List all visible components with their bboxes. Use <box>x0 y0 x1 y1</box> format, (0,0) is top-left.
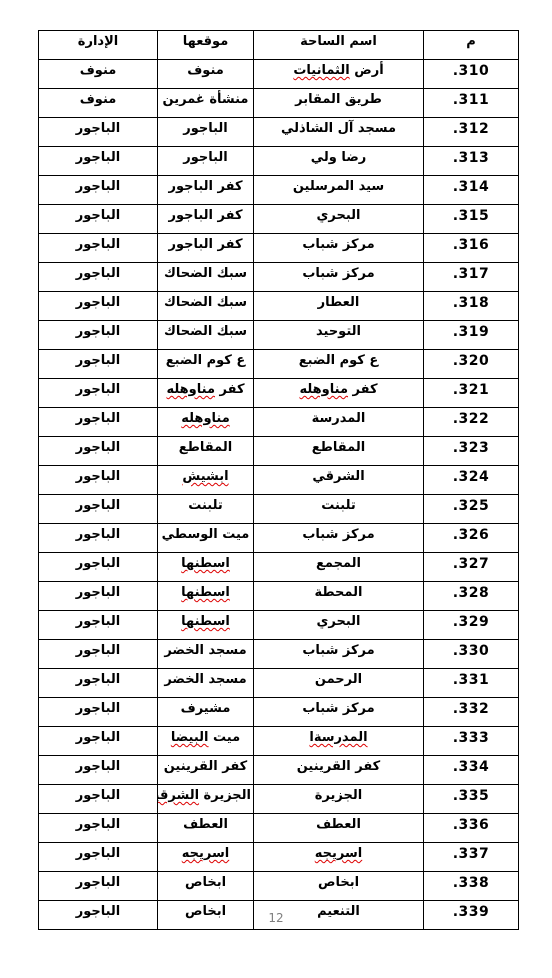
admin-cell: الباجور <box>39 582 158 611</box>
location-cell: مشيرف <box>158 698 254 727</box>
row-number-cell: .314 <box>424 176 519 205</box>
location-cell: كفر القرينين <box>158 756 254 785</box>
name-cell: المدرسة <box>254 408 424 437</box>
cell-text: البحري <box>316 614 360 629</box>
name-cell: ع كوم الضبع <box>254 350 424 379</box>
table-row: .329البحرياسطنهاالباجور <box>39 611 519 640</box>
admin-cell: الباجور <box>39 118 158 147</box>
cell-text: كفر القرينين <box>164 759 248 774</box>
misspelled-word: البيضا <box>171 730 209 745</box>
table-row: .327المجمعاسطنهاالباجور <box>39 553 519 582</box>
admin-cell: الباجور <box>39 611 158 640</box>
cell-text: مسجد آل الشاذلي <box>281 121 396 136</box>
cell-text: كفر <box>215 382 245 397</box>
cell-text: الباجور <box>76 353 121 368</box>
table-row: .325تلبنتتلبنتالباجور <box>39 495 519 524</box>
admin-cell: الباجور <box>39 495 158 524</box>
admin-cell: الباجور <box>39 263 158 292</box>
location-cell: المقاطع <box>158 437 254 466</box>
cell-text: البحري <box>316 208 360 223</box>
row-number-cell: .318 <box>424 292 519 321</box>
cell-text: مركز شباب <box>302 266 374 281</box>
location-cell: اسريجه <box>158 843 254 872</box>
admin-cell: الباجور <box>39 176 158 205</box>
cell-text: الباجور <box>76 585 121 600</box>
cell-text: ع كوم الضبع <box>166 353 246 368</box>
table-row: .326مركز شبابميت الوسطيالباجور <box>39 524 519 553</box>
admin-cell: الباجور <box>39 292 158 321</box>
location-cell: ابشيش <box>158 466 254 495</box>
location-cell: العطف <box>158 814 254 843</box>
name-cell: العطار <box>254 292 424 321</box>
cell-text: المحطة <box>315 585 363 600</box>
cell-text: ابخاص <box>185 875 226 890</box>
document-page: م اسم الساحة موقعها الإدارة .310أرض الثم… <box>0 0 552 978</box>
table-row: .318العطارسبك الضحاكالباجور <box>39 292 519 321</box>
squares-table: م اسم الساحة موقعها الإدارة .310أرض الثم… <box>38 30 519 930</box>
location-cell: كفر الباجور <box>158 205 254 234</box>
location-cell: ع كوم الضبع <box>158 350 254 379</box>
row-number-cell: .338 <box>424 872 519 901</box>
table-row: .336العطفالعطفالباجور <box>39 814 519 843</box>
row-number-cell: .317 <box>424 263 519 292</box>
row-number-cell: .330 <box>424 640 519 669</box>
misspelled-word: الشرقيه <box>158 788 200 803</box>
name-cell: المدرسةا <box>254 727 424 756</box>
misspelled-word: ابشيش <box>182 469 228 484</box>
table-row: .321كفر مناوهلهكفر مناوهلهالباجور <box>39 379 519 408</box>
row-number-cell: .311 <box>424 89 519 118</box>
cell-text: منوف <box>80 63 117 78</box>
cell-text: الباجور <box>76 266 121 281</box>
table-row: .328المحطةاسطنهاالباجور <box>39 582 519 611</box>
row-number-cell: .328 <box>424 582 519 611</box>
location-cell: كفر الباجور <box>158 234 254 263</box>
cell-text: مركز شباب <box>302 643 374 658</box>
row-number-cell: .337 <box>424 843 519 872</box>
cell-text: تلبنت <box>188 498 223 513</box>
cell-text: طريق المقابر <box>295 92 382 107</box>
row-number-cell: .326 <box>424 524 519 553</box>
location-cell: ميت البيضا <box>158 727 254 756</box>
location-cell: مسجد الخضر <box>158 669 254 698</box>
misspelled-word: اسريجه <box>315 846 362 861</box>
row-number-cell: .315 <box>424 205 519 234</box>
cell-text: الباجور <box>76 324 121 339</box>
cell-text: الباجور <box>183 150 228 165</box>
cell-text: الباجور <box>76 614 121 629</box>
cell-text: الباجور <box>76 179 121 194</box>
header-row: م اسم الساحة موقعها الإدارة <box>39 31 519 60</box>
name-cell: الشرقي <box>254 466 424 495</box>
row-number-cell: .310 <box>424 60 519 89</box>
row-number-cell: .313 <box>424 147 519 176</box>
cell-text: سيد المرسلين <box>293 179 384 194</box>
name-cell: مركز شباب <box>254 640 424 669</box>
table-row: .332مركز شبابمشيرفالباجور <box>39 698 519 727</box>
row-number-cell: .331 <box>424 669 519 698</box>
header-admin: الإدارة <box>39 31 158 60</box>
admin-cell: الباجور <box>39 147 158 176</box>
admin-cell: الباجور <box>39 669 158 698</box>
name-cell: مركز شباب <box>254 524 424 553</box>
cell-text: ميت <box>209 730 241 745</box>
table-row: .319التوحيدسبك الضحاكالباجور <box>39 321 519 350</box>
misspelled-word: مناوهله <box>181 411 230 426</box>
cell-text: كفر <box>348 382 378 397</box>
table-body: .310أرض الثمانياتمنوفمنوف.311طريق المقاب… <box>39 60 519 930</box>
table-row: .330مركز شبابمسجد الخضرالباجور <box>39 640 519 669</box>
admin-cell: الباجور <box>39 379 158 408</box>
table-row: .314سيد المرسلينكفر الباجورالباجور <box>39 176 519 205</box>
table-row: .324الشرقيابشيشالباجور <box>39 466 519 495</box>
cell-text: مركز شباب <box>302 237 374 252</box>
table-row: .317مركز شبابسبك الضحاكالباجور <box>39 263 519 292</box>
name-cell: تلبنت <box>254 495 424 524</box>
location-cell: الباجور <box>158 147 254 176</box>
cell-text: منوف <box>80 92 117 107</box>
location-cell: اسطنها <box>158 582 254 611</box>
location-cell: منشأة غمرين <box>158 89 254 118</box>
table-row: .322المدرسةمناوهلهالباجور <box>39 408 519 437</box>
cell-text: ميت الوسطي <box>162 527 250 542</box>
cell-text: كفر الباجور <box>168 237 242 252</box>
cell-text: الباجور <box>76 498 121 513</box>
cell-text: الباجور <box>76 295 121 310</box>
cell-text: الباجور <box>76 759 121 774</box>
row-number-cell: .316 <box>424 234 519 263</box>
name-cell: المجمع <box>254 553 424 582</box>
cell-text: كفر الباجور <box>168 208 242 223</box>
location-cell: الجزيرة الشرقيه <box>158 785 254 814</box>
cell-text: الباجور <box>76 411 121 426</box>
table-row: .333المدرسةاميت البيضاالباجور <box>39 727 519 756</box>
table-row: .313رضا وليالباجورالباجور <box>39 147 519 176</box>
table-row: .334كفر القرينينكفر القرينينالباجور <box>39 756 519 785</box>
cell-text: رضا ولي <box>311 150 367 165</box>
admin-cell: الباجور <box>39 234 158 263</box>
cell-text: الباجور <box>76 788 121 803</box>
admin-cell: الباجور <box>39 466 158 495</box>
cell-text: الباجور <box>76 237 121 252</box>
cell-text: كفر القرينين <box>297 759 381 774</box>
cell-text: الرحمن <box>315 672 362 687</box>
name-cell: مركز شباب <box>254 234 424 263</box>
cell-text: كفر الباجور <box>168 179 242 194</box>
row-number-cell: .336 <box>424 814 519 843</box>
header-location: موقعها <box>158 31 254 60</box>
admin-cell: الباجور <box>39 437 158 466</box>
misspelled-word: اسطنها <box>181 585 230 600</box>
location-cell: كفر الباجور <box>158 176 254 205</box>
cell-text: المجمع <box>316 556 361 571</box>
admin-cell: الباجور <box>39 524 158 553</box>
admin-cell: منوف <box>39 89 158 118</box>
cell-text: سبك الضحاك <box>164 324 247 339</box>
row-number-cell: .319 <box>424 321 519 350</box>
cell-text: العطف <box>316 817 361 832</box>
cell-text: الباجور <box>76 150 121 165</box>
admin-cell: الباجور <box>39 553 158 582</box>
table-row: .331الرحمنمسجد الخضرالباجور <box>39 669 519 698</box>
admin-cell: الباجور <box>39 698 158 727</box>
cell-text: مركز شباب <box>302 701 374 716</box>
cell-text: المقاطع <box>179 440 232 455</box>
cell-text: ع كوم الضبع <box>299 353 379 368</box>
location-cell: سبك الضحاك <box>158 292 254 321</box>
cell-text: الجزيرة <box>199 788 251 803</box>
cell-text: الباجور <box>76 469 121 484</box>
name-cell: رضا ولي <box>254 147 424 176</box>
row-number-cell: .320 <box>424 350 519 379</box>
row-number-cell: .325 <box>424 495 519 524</box>
row-number-cell: .327 <box>424 553 519 582</box>
page-number: 12 <box>0 911 552 925</box>
admin-cell: الباجور <box>39 843 158 872</box>
name-cell: مركز شباب <box>254 263 424 292</box>
name-cell: المقاطع <box>254 437 424 466</box>
row-number-cell: .335 <box>424 785 519 814</box>
table-row: .335الجزيرةالجزيرة الشرقيهالباجور <box>39 785 519 814</box>
location-cell: سبك الضحاك <box>158 263 254 292</box>
cell-text: الباجور <box>76 527 121 542</box>
row-number-cell: .333 <box>424 727 519 756</box>
cell-text: الباجور <box>183 121 228 136</box>
name-cell: أرض الثمانيات <box>254 60 424 89</box>
cell-text: الباجور <box>76 846 121 861</box>
name-cell: كفر مناوهله <box>254 379 424 408</box>
cell-text: المقاطع <box>312 440 365 455</box>
location-cell: ابخاص <box>158 872 254 901</box>
location-cell: مسجد الخضر <box>158 640 254 669</box>
cell-text: المدرسة <box>312 411 366 426</box>
location-cell: اسطنها <box>158 553 254 582</box>
admin-cell: الباجور <box>39 872 158 901</box>
cell-text: سبك الضحاك <box>164 295 247 310</box>
cell-text: التوحيد <box>316 324 361 339</box>
cell-text: العطار <box>318 295 360 310</box>
name-cell: البحري <box>254 205 424 234</box>
cell-text: مسجد الخضر <box>164 672 246 687</box>
admin-cell: الباجور <box>39 205 158 234</box>
cell-text: أرض <box>350 63 384 78</box>
name-cell: المحطة <box>254 582 424 611</box>
name-cell: طريق المقابر <box>254 89 424 118</box>
header-name: اسم الساحة <box>254 31 424 60</box>
name-cell: الرحمن <box>254 669 424 698</box>
cell-text: الباجور <box>76 672 121 687</box>
name-cell: التوحيد <box>254 321 424 350</box>
misspelled-word: اسطنها <box>181 614 230 629</box>
name-cell: الجزيرة <box>254 785 424 814</box>
cell-text: منشأة غمرين <box>163 92 249 107</box>
table-row: .312مسجد آل الشاذليالباجورالباجور <box>39 118 519 147</box>
cell-text: الباجور <box>76 440 121 455</box>
row-number-cell: .323 <box>424 437 519 466</box>
row-number-cell: .324 <box>424 466 519 495</box>
cell-text: الجزيرة <box>315 788 362 803</box>
admin-cell: الباجور <box>39 321 158 350</box>
name-cell: مسجد آل الشاذلي <box>254 118 424 147</box>
cell-text: الباجور <box>76 875 121 890</box>
name-cell: سيد المرسلين <box>254 176 424 205</box>
cell-text: منوف <box>187 63 224 78</box>
header-num: م <box>424 31 519 60</box>
cell-text: سبك الضحاك <box>164 266 247 281</box>
table-row: .315البحريكفر الباجورالباجور <box>39 205 519 234</box>
misspelled-word: مناوهله <box>166 382 215 397</box>
table-row: .337اسريجهاسريجهالباجور <box>39 843 519 872</box>
location-cell: تلبنت <box>158 495 254 524</box>
cell-text: مسجد الخضر <box>164 643 246 658</box>
misspelled-word: اسريجه <box>182 846 229 861</box>
cell-text: الباجور <box>76 701 121 716</box>
location-cell: الباجور <box>158 118 254 147</box>
cell-text: الباجور <box>76 817 121 832</box>
table-row: .320ع كوم الضبعع كوم الضبعالباجور <box>39 350 519 379</box>
name-cell: اسريجه <box>254 843 424 872</box>
name-cell: ابخاص <box>254 872 424 901</box>
location-cell: اسطنها <box>158 611 254 640</box>
cell-text: الباجور <box>76 730 121 745</box>
location-cell: سبك الضحاك <box>158 321 254 350</box>
admin-cell: الباجور <box>39 408 158 437</box>
misspelled-word: اسطنها <box>181 556 230 571</box>
name-cell: كفر القرينين <box>254 756 424 785</box>
cell-text: مشيرف <box>181 701 231 716</box>
row-number-cell: .322 <box>424 408 519 437</box>
cell-text: العطف <box>183 817 228 832</box>
location-cell: منوف <box>158 60 254 89</box>
name-cell: العطف <box>254 814 424 843</box>
location-cell: مناوهله <box>158 408 254 437</box>
table-row: .311طريق المقابرمنشأة غمرينمنوف <box>39 89 519 118</box>
cell-text: مركز شباب <box>302 527 374 542</box>
location-cell: ميت الوسطي <box>158 524 254 553</box>
row-number-cell: .334 <box>424 756 519 785</box>
misspelled-word: المدرسةا <box>309 730 367 745</box>
admin-cell: الباجور <box>39 756 158 785</box>
misspelled-word: الثمانيات <box>293 63 349 78</box>
cell-text: الباجور <box>76 121 121 136</box>
cell-text: ابخاص <box>318 875 359 890</box>
admin-cell: الباجور <box>39 727 158 756</box>
admin-cell: الباجور <box>39 640 158 669</box>
admin-cell: الباجور <box>39 785 158 814</box>
cell-text: تلبنت <box>321 498 356 513</box>
table-row: .316مركز شبابكفر الباجورالباجور <box>39 234 519 263</box>
cell-text: الباجور <box>76 556 121 571</box>
cell-text: الباجور <box>76 382 121 397</box>
misspelled-word: مناوهله <box>299 382 348 397</box>
table-row: .310أرض الثمانياتمنوفمنوف <box>39 60 519 89</box>
table-row: .323المقاطعالمقاطعالباجور <box>39 437 519 466</box>
admin-cell: منوف <box>39 60 158 89</box>
row-number-cell: .332 <box>424 698 519 727</box>
name-cell: البحري <box>254 611 424 640</box>
location-cell: كفر مناوهله <box>158 379 254 408</box>
name-cell: مركز شباب <box>254 698 424 727</box>
cell-text: الشرقي <box>312 469 364 484</box>
row-number-cell: .329 <box>424 611 519 640</box>
cell-text: الباجور <box>76 208 121 223</box>
admin-cell: الباجور <box>39 350 158 379</box>
cell-text: الباجور <box>76 643 121 658</box>
admin-cell: الباجور <box>39 814 158 843</box>
row-number-cell: .312 <box>424 118 519 147</box>
row-number-cell: .321 <box>424 379 519 408</box>
table-row: .338ابخاصابخاصالباجور <box>39 872 519 901</box>
